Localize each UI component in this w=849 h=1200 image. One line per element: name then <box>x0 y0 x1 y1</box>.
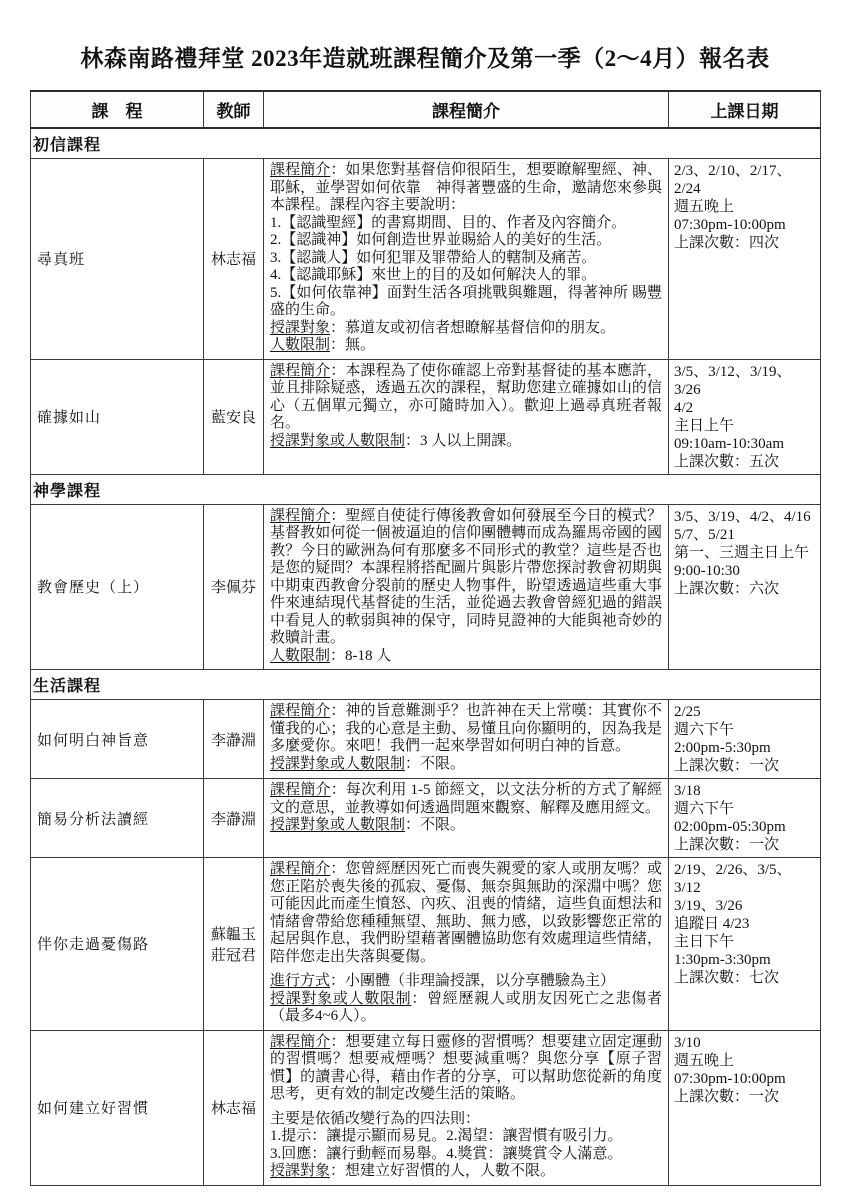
intro-text: ：不限。 <box>405 817 465 833</box>
header-intro: 課程簡介 <box>264 91 669 128</box>
date-line: 週五晚上 <box>674 1052 818 1070</box>
intro-text: 主要是依循改變行為的四法則： <box>270 1111 480 1127</box>
teacher-cell: 李瀞淵 <box>204 700 264 779</box>
date-line: 9:00-10:30 <box>674 562 818 580</box>
underlined-label: 課程簡介 <box>270 162 330 178</box>
header-teacher: 教師 <box>204 91 264 128</box>
teacher-name: 李瀞淵 <box>205 808 262 829</box>
teacher-name: 蘇韞玉 <box>205 923 262 944</box>
header-course: 課 程 <box>31 91 204 128</box>
dates-cell: 3/10週五晚上07:30pm-10:00pm上課次數：一次 <box>669 1030 821 1185</box>
intro-paragraph: 授課對象：想建立好習慣的人，人數不限。 <box>270 1163 662 1181</box>
course-row: 尋真班林志福課程簡介：如果您對基督信仰很陌生，想要瞭解聖經、神、耶穌，並學習如何… <box>31 159 821 360</box>
date-line: 上課次數：一次 <box>674 1088 818 1106</box>
intro-paragraph: 1.【認識聖經】的書寫期間、目的、作者及內容簡介。 <box>270 215 662 233</box>
intro-text: ：想建立好習慣的人，人數不限。 <box>330 1163 555 1179</box>
intro-paragraph: 課程簡介：神的旨意難測乎？也許神在天上常嘆：其實你不懂我的心；我的心意是主動、易… <box>270 703 662 756</box>
dates-cell: 3/5、3/19、4/2、4/165/7、5/21第一、三週主日上午9:00-1… <box>669 504 821 670</box>
date-line: 主日下午 <box>674 933 818 951</box>
document-page: 林森南路禮拜堂 2023年造就班課程簡介及第一季（2～4月）報名表 課 程 教師… <box>0 0 849 1186</box>
dates-cell: 2/25週六下午2:00pm-5:30pm上課次數：一次 <box>669 700 821 779</box>
teacher-cell: 藍安良 <box>204 359 264 474</box>
course-name-cell: 尋真班 <box>31 159 204 360</box>
intro-text: ：3 人以上開課。 <box>405 433 521 449</box>
course-name-cell: 確據如山 <box>31 359 204 474</box>
intro-paragraph: 3.回應：讓行動輕而易舉。4.獎賞：讓獎賞令人滿意。 <box>270 1146 662 1164</box>
date-line: 追蹤日 4/23 <box>674 915 818 933</box>
intro-paragraph: 課程簡介：每次利用 1-5 節經文，以文法分析的方式了解經文的意思，並教導如何透… <box>270 782 662 817</box>
intro-paragraph: 課程簡介：想要建立每日靈修的習慣嗎？想要建立固定運動的習慣嗎？想要戒煙嗎？想要減… <box>270 1034 662 1104</box>
intro-cell: 課程簡介：每次利用 1-5 節經文，以文法分析的方式了解經文的意思，並教導如何透… <box>264 779 669 858</box>
underlined-label: 授課對象或人數限制 <box>270 817 405 833</box>
date-line: 02:00pm-05:30pm <box>674 818 818 836</box>
date-line: 主日上午 <box>674 417 818 435</box>
teacher-name: 林志福 <box>205 1097 262 1118</box>
date-line: 1:30pm-3:30pm <box>674 951 818 969</box>
course-row: 如何建立好習慣林志福課程簡介：想要建立每日靈修的習慣嗎？想要建立固定運動的習慣嗎… <box>31 1030 821 1185</box>
course-row: 確據如山藍安良課程簡介：本課程為了使你確認上帝對基督徒的基本應許，並且排除疑惑，… <box>31 359 821 474</box>
underlined-label: 人數限制 <box>270 648 330 664</box>
dates-cell: 3/5、3/12、3/19、3/264/2主日上午09:10am-10:30am… <box>669 359 821 474</box>
course-table-body: 初信課程尋真班林志福課程簡介：如果您對基督信仰很陌生，想要瞭解聖經、神、耶穌，並… <box>31 128 821 1185</box>
date-line: 07:30pm-10:00pm <box>674 216 818 234</box>
teacher-name: 藍安良 <box>205 406 262 427</box>
underlined-label: 授課對象或人數限制 <box>270 433 405 449</box>
intro-text: ：小團體（非理論授課，以分享體驗為主） <box>330 973 615 989</box>
date-line: 週六下午 <box>674 721 818 739</box>
intro-paragraph: 授課對象：慕道友或初信者想瞭解基督信仰的朋友。 <box>270 320 662 338</box>
underlined-label: 課程簡介 <box>270 703 330 719</box>
teacher-cell: 李佩芬 <box>204 504 264 670</box>
intro-paragraph: 主要是依循改變行為的四法則： <box>270 1111 662 1129</box>
date-line: 5/7、5/21 <box>674 526 818 544</box>
course-table: 課 程 教師 課程簡介 上課日期 初信課程尋真班林志福課程簡介：如果您對基督信仰… <box>30 90 821 1186</box>
intro-paragraph: 授課對象或人數限制：曾經歷親人或朋友因死亡之悲傷者（最多4~6人）。 <box>270 991 662 1026</box>
date-line: 2:00pm-5:30pm <box>674 739 818 757</box>
header-dates: 上課日期 <box>669 91 821 128</box>
intro-text: ：聖經自使徒行傳後教會如何發展至今日的模式？基督教如何從一個被逼迫的信仰團體轉而… <box>270 508 662 647</box>
dates-cell: 3/18週六下午02:00pm-05:30pm上課次數：一次 <box>669 779 821 858</box>
dates-cell: 2/19、2/26、3/5、3/123/19、3/26追蹤日 4/23主日下午1… <box>669 858 821 1031</box>
intro-paragraph: 1.提示：讓提示顯而易見。2.渴望：讓習慣有吸引力。 <box>270 1128 662 1146</box>
intro-text: ：不限。 <box>405 756 465 772</box>
intro-cell: 課程簡介：您曾經歷因死亡而喪失親愛的家人或朋友嗎？或您正陷於喪失後的孤寂、憂傷、… <box>264 858 669 1031</box>
course-name-cell: 如何明白神旨意 <box>31 700 204 779</box>
date-line: 2/25 <box>674 703 818 721</box>
dates-cell: 2/3、2/10、2/17、2/24週五晚上07:30pm-10:00pm上課次… <box>669 159 821 360</box>
intro-paragraph: 課程簡介：您曾經歷因死亡而喪失親愛的家人或朋友嗎？或您正陷於喪失後的孤寂、憂傷、… <box>270 861 662 966</box>
underlined-label: 授課對象或人數限制 <box>270 991 411 1007</box>
page-title: 林森南路禮拜堂 2023年造就班課程簡介及第一季（2～4月）報名表 <box>30 40 820 73</box>
intro-paragraph: 5.【如何依靠神】面對生活各項挑戰與難題，得著神所 賜豐盛的生命。 <box>270 285 662 320</box>
intro-text: 1.【認識聖經】的書寫期間、目的、作者及內容簡介。 <box>270 215 626 231</box>
intro-cell: 課程簡介：如果您對基督信仰很陌生，想要瞭解聖經、神、耶穌，並學習如何依靠 神得著… <box>264 159 669 360</box>
teacher-name: 林志福 <box>205 248 262 269</box>
section-row: 初信課程 <box>31 128 821 159</box>
teacher-cell: 蘇韞玉莊冠君 <box>204 858 264 1031</box>
date-line: 07:30pm-10:00pm <box>674 1070 818 1088</box>
intro-paragraph: 授課對象或人數限制：不限。 <box>270 756 662 774</box>
date-line: 上課次數：五次 <box>674 453 818 471</box>
course-name-cell: 伴你走過憂傷路 <box>31 858 204 1031</box>
teacher-cell: 林志福 <box>204 1030 264 1185</box>
course-table-header: 課 程 教師 課程簡介 上課日期 <box>31 91 821 128</box>
date-line: 2/19、2/26、3/5、3/12 <box>674 861 818 897</box>
section-title: 生活課程 <box>31 670 821 700</box>
intro-text: 3.【認識人】如何犯罪及罪帶給人的轄制及痛苦。 <box>270 250 596 266</box>
intro-cell: 課程簡介：神的旨意難測乎？也許神在天上常嘆：其實你不懂我的心；我的心意是主動、易… <box>264 700 669 779</box>
date-line: 4/2 <box>674 399 818 417</box>
date-line: 週五晚上 <box>674 198 818 216</box>
course-name-cell: 教會歷史（上） <box>31 504 204 670</box>
date-line: 上課次數：一次 <box>674 757 818 775</box>
underlined-label: 進行方式 <box>270 973 330 989</box>
intro-text: 3.回應：讓行動輕而易舉。4.獎賞：讓獎賞令人滿意。 <box>270 1146 623 1162</box>
underlined-label: 人數限制 <box>270 337 330 353</box>
intro-paragraph: 課程簡介：本課程為了使你確認上帝對基督徒的基本應許，並且排除疑惑，透過五次的課程… <box>270 363 662 433</box>
date-line: 上課次數：七次 <box>674 969 818 987</box>
teacher-name: 李瀞淵 <box>205 729 262 750</box>
intro-cell: 課程簡介：想要建立每日靈修的習慣嗎？想要建立固定運動的習慣嗎？想要戒煙嗎？想要減… <box>264 1030 669 1185</box>
course-name-cell: 簡易分析法讀經 <box>31 779 204 858</box>
intro-text: 1.提示：讓提示顯而易見。2.渴望：讓習慣有吸引力。 <box>270 1128 623 1144</box>
section-row: 神學課程 <box>31 474 821 504</box>
underlined-label: 授課對象或人數限制 <box>270 756 405 772</box>
date-line: 上課次數：六次 <box>674 580 818 598</box>
date-line: 3/10 <box>674 1034 818 1052</box>
intro-cell: 課程簡介：本課程為了使你確認上帝對基督徒的基本應許，並且排除疑惑，透過五次的課程… <box>264 359 669 474</box>
date-line: 09:10am-10:30am <box>674 435 818 453</box>
intro-paragraph: 4.【認識耶穌】來世上的目的及如何解決人的罪。 <box>270 267 662 285</box>
teacher-name: 李佩芬 <box>205 576 262 597</box>
teacher-cell: 林志福 <box>204 159 264 360</box>
intro-paragraph: 人數限制：無。 <box>270 337 662 355</box>
teacher-name: 莊冠君 <box>205 944 262 965</box>
date-line: 週六下午 <box>674 800 818 818</box>
intro-paragraph: 2.【認識神】如何創造世界並賜給人的美好的生活。 <box>270 232 662 250</box>
course-row: 伴你走過憂傷路蘇韞玉莊冠君課程簡介：您曾經歷因死亡而喪失親愛的家人或朋友嗎？或您… <box>31 858 821 1031</box>
intro-text: 2.【認識神】如何創造世界並賜給人的美好的生活。 <box>270 232 611 248</box>
intro-text: ：8-18 人 <box>330 648 391 664</box>
underlined-label: 授課對象 <box>270 1163 330 1179</box>
course-name-cell: 如何建立好習慣 <box>31 1030 204 1185</box>
intro-paragraph: 3.【認識人】如何犯罪及罪帶給人的轄制及痛苦。 <box>270 250 662 268</box>
section-row: 生活課程 <box>31 670 821 700</box>
course-row: 簡易分析法讀經李瀞淵課程簡介：每次利用 1-5 節經文，以文法分析的方式了解經文… <box>31 779 821 858</box>
date-line: 3/19、3/26 <box>674 897 818 915</box>
underlined-label: 授課對象 <box>270 320 330 336</box>
date-line: 3/5、3/19、4/2、4/16 <box>674 508 818 526</box>
underlined-label: 課程簡介 <box>270 861 330 877</box>
date-line: 2/3、2/10、2/17、2/24 <box>674 162 818 198</box>
intro-text: ：慕道友或初信者想瞭解基督信仰的朋友。 <box>330 320 615 336</box>
header-row: 課 程 教師 課程簡介 上課日期 <box>31 91 821 128</box>
intro-paragraph: 進行方式：小團體（非理論授課，以分享體驗為主） <box>270 973 662 991</box>
intro-text: 4.【認識耶穌】來世上的目的及如何解決人的罪。 <box>270 267 596 283</box>
intro-paragraph: 授課對象或人數限制：3 人以上開課。 <box>270 433 662 451</box>
intro-text: 5.【如何依靠神】面對生活各項挑戰與難題，得著神所 賜豐盛的生命。 <box>270 285 662 319</box>
section-title: 初信課程 <box>31 128 821 159</box>
date-line: 上課次數：四次 <box>674 234 818 252</box>
teacher-cell: 李瀞淵 <box>204 779 264 858</box>
intro-paragraph: 授課對象或人數限制：不限。 <box>270 817 662 835</box>
intro-text: ：無。 <box>330 337 375 353</box>
underlined-label: 課程簡介 <box>270 363 330 379</box>
intro-paragraph: 課程簡介：聖經自使徒行傳後教會如何發展至今日的模式？基督教如何從一個被逼迫的信仰… <box>270 508 662 648</box>
date-line: 上課次數：一次 <box>674 836 818 854</box>
underlined-label: 課程簡介 <box>270 782 331 798</box>
date-line: 3/5、3/12、3/19、3/26 <box>674 363 818 399</box>
section-title: 神學課程 <box>31 474 821 504</box>
underlined-label: 課程簡介 <box>270 1034 330 1050</box>
date-line: 3/18 <box>674 782 818 800</box>
course-row: 如何明白神旨意李瀞淵課程簡介：神的旨意難測乎？也許神在天上常嘆：其實你不懂我的心… <box>31 700 821 779</box>
underlined-label: 課程簡介 <box>270 508 330 524</box>
course-row: 教會歷史（上）李佩芬課程簡介：聖經自使徒行傳後教會如何發展至今日的模式？基督教如… <box>31 504 821 670</box>
intro-cell: 課程簡介：聖經自使徒行傳後教會如何發展至今日的模式？基督教如何從一個被逼迫的信仰… <box>264 504 669 670</box>
intro-paragraph: 人數限制：8-18 人 <box>270 648 662 666</box>
date-line: 第一、三週主日上午 <box>674 544 818 562</box>
intro-paragraph: 課程簡介：如果您對基督信仰很陌生，想要瞭解聖經、神、耶穌，並學習如何依靠 神得著… <box>270 162 662 215</box>
